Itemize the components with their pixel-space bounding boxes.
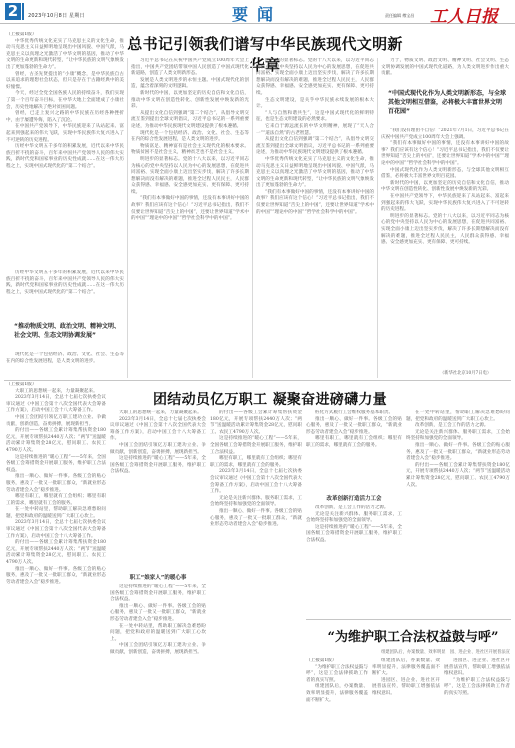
article2-headline[interactable]: 团结动员亿万职工 凝聚奋进磅礴力量 (140, 389, 400, 409)
paragraph: 现代化是一个包括经济、政治、文化、社会、生态等在内的综合性发展进程，是人类文明的… (6, 352, 124, 365)
paragraph: 新时代的中国，以更加坚定的历史自信和文化自信，推动中华文明在创造性转化、创新性发… (381, 181, 509, 194)
article1-column-1: （上接第1版） 中华优秀传统文化充实了马克思主义的文化生命，推动马克思主义日益鲜… (6, 32, 124, 268)
article1-column-1c: 现代化是一个包括经济、政治、文化、社会、生态等在内的综合性发展进程，是人类文明的… (6, 352, 124, 378)
paragraph: “我们没有理由不自信！”2021年7月1日，习近平总书记在庆祝中国共产党成立10… (381, 128, 509, 141)
continued-label: （上接第1版） (306, 658, 368, 665)
paragraph: 曾经，古圣先贤提出的“小康”概念，是中华民族自古以来追求的理想社会状态，但只是存… (6, 72, 124, 92)
paragraph: 推出一顺心、做好一件事。各级工会的贴心服务，惠及了一批又一批职工群众，“新就业形… (306, 417, 402, 437)
paragraph: 进园区、进企业、进社区开展普法宣传，帮助职工增强依法维权意识。 (372, 678, 440, 698)
paragraph: 的付出——各级工会累计筹集帮扶资金180亿元，开展专项帮扶2440万人次；“两节… (406, 463, 510, 489)
paragraph: 大职工的思想统一起来，力量凝聚起来。 (110, 410, 206, 417)
newspaper-logo: 工人日报 (430, 2, 498, 27)
article3-column-3: 进园区、进企业、进社区开展普法宣传，帮助职工增强依法维权意识。 “为维护职工合法… (444, 658, 510, 746)
continued-label: （上接第1版） (6, 382, 106, 389)
paragraph: 无论是关注新兴群体、服务职工需求，工会始终坚持和加强党的全面领导。 (306, 512, 402, 525)
paragraph: 改革创新，是工会工作的活力之源。 (406, 423, 510, 430)
article1-column-2: 习近平总书记在庆祝中国共产党成立100周年大会上指出，中国共产党团结带领中国人民… (131, 58, 249, 378)
paragraph: 中国工会团结引领亿万职工建功立业、争做贡献，创新创造，奋勇拼搏，展现新担当。 (110, 643, 206, 656)
paragraph: 这是持续推进的“暖心工程”——5年来，全国各级工会筹措资金开展职工服务，维护职工… (306, 525, 402, 545)
paragraph: 今天，经过全党全国各族人民的持续奋斗，我们实现了第一个百年奋斗目标，在中华大地上… (6, 91, 124, 111)
paragraph: 物质富足、精神富有是社会主义现代化的根本要求。物质贫困不是社会主义，精神贫乏也不… (131, 144, 249, 157)
paragraph: 推出一顺心、做好一件事。各级工会的贴心服务，惠及了一批又一批职工群众，“新就业形… (6, 567, 106, 587)
paragraph: 中国工会团结引领亿万职工建功立业、争做贡献，创新创造，奋勇拼搏，展现新担当。 (110, 443, 206, 456)
article1-column-4b: “我们没有理由不自信！”2021年7月1日，习近平总书记在庆祝中国共产党成立10… (381, 128, 509, 372)
paragraph: 改革创新，是工会工作的活力之源。 (306, 505, 402, 512)
paragraph: 明进步的显著标志。党的十八大以来，以习近平同志为核心的党中央坚持以人民为中心的发… (381, 214, 509, 247)
paragraph: 习近平总书记在庆祝中国共产党成立100周年大会上指出，中国共产党团结带领中国人民… (131, 58, 249, 78)
article2-column-5: 在一处中转站里，帮助职工解决急难愁盼问题，把党和政府的温暖送到广大职工心坎上。 … (406, 410, 510, 616)
paragraph: 组建团队后，办案数量、效率明显提升，法律服务覆盖面不断扩大。 (372, 658, 440, 678)
column-divider (252, 58, 253, 378)
paragraph: “为维护职工合法权益鼓与呼”，这是工会法律援助工作者的真实写照。 (444, 678, 510, 698)
paragraph: 推出一顺心、做好一件事。各级工会的贴心服务，惠及了一批又一批职工群众，“新就业形… (210, 509, 302, 529)
page-number: 2 (5, 3, 21, 20)
paragraph: 在一处中转站里，帮助职工解决急难愁盼问题，把党和政府的温暖送到广大职工心坎上。 (110, 624, 206, 644)
paragraph: 中国工会团结引领亿万职工建功立业、争做贡献，创新创造，奋勇拼搏，展现新担当。 (6, 415, 106, 428)
paragraph: 中华优秀传统文化充实了马克思主义的文化生命，推动马克思主义日益鲜明地呈现出中国风… (256, 157, 374, 190)
section-divider (306, 619, 511, 620)
article2-column-4a: 桩化方式履行工会维权服务基本职责。 推出一顺心、做好一件事。各级工会的贴心服务，… (306, 410, 402, 492)
column-divider (127, 58, 128, 378)
paragraph: 哪里有职工，哪里就有工会组织；哪里有职工的需求，哪里就有工会的服务。 (306, 436, 402, 449)
paragraph: 中国式现代化作为人类文明新形态，与全球其他文明相互借鉴，必将极大丰富世界文明百花… (381, 168, 509, 181)
article1-column-4a: 力于，物质文明、政治文明、精神文明、社会文明、生态文明协调发展的中国式现代化道路… (381, 58, 509, 88)
paragraph: 的付出——各级工会累计筹集帮扶资金180亿元，开展专项帮扶2440万人次；“两节… (6, 428, 106, 454)
section-divider (4, 380, 511, 381)
paragraph: “我们有本事做好中国的事情，还没有本事讲好中国的故事？我们应该有这个信心！”习近… (381, 141, 509, 167)
article1-column-3: 明进步的显著标志。党的十八大以来，以习近平同志为核心的党中央坚持以人民为中心的发… (256, 58, 374, 378)
paragraph: 无论是关注新兴群体、服务职工需求，工会始终坚持和加强党的全面领导。 (406, 430, 510, 443)
pull-quote-left: “推动物质文明、政治文明、精神文明、社会文明、生态文明协调发展” (14, 322, 122, 340)
continued-label: （上接第1版） (6, 32, 124, 39)
paragraph: 2023年3月14日，全总十七届七次执委会议审议通过《中国工会第十八次全国代表大… (210, 469, 302, 495)
paragraph: 2023年3月14日，全总十七届七次执委会议审议通过《中国工会第十八次全国代表大… (110, 417, 206, 443)
section-title: 要闻 (232, 2, 282, 25)
paragraph: 新时代的中国，以更加坚定的历史自信和文化自信，推动中华文明在创造性转化、创新性发… (131, 91, 249, 111)
paragraph: 现代化是一个包括经济、政治、文化、社会、生态等在内的综合性发展进程，是人类文明的… (131, 131, 249, 144)
article1-column-1b: 历经中华文明五千多年的积累发展，近代以来中华民族百折不挠的奋斗，百年来中国共产党… (6, 270, 124, 316)
paragraph: 无论是关注新兴群体、服务职工需求，工会始终坚持和加强党的全面领导。 (210, 496, 302, 509)
paragraph: “人与自然和谐共生”，这是中国式现代化的鲜明特征，也是生态文明建设的必然要求。 (256, 111, 374, 124)
pull-quote-right: “中国式现代化作为人类文明新形态，与全球其他文明相互借鉴，必将极大丰富世界文明百… (388, 89, 506, 116)
article2-column-2b: 这是持续推进的“暖心工程”——5年来，全国各级工会筹措资金开展职工服务，维护职工… (110, 584, 206, 746)
paragraph: 力于，物质文明、政治文明、精神文明、社会文明、生态文明协调发展的中国式现代化道路… (381, 58, 509, 78)
paragraph: 中华优秀传统文化充实了马克思主义的文化生命，推动马克思主义日益鲜明地呈现出中国风… (6, 39, 124, 72)
paragraph: 进园区、进企业、进社区开展普法宣传，帮助职工增强依法维权意识。 (444, 658, 510, 678)
paragraph: 历经中华文明五千多年的积累发展，近代以来中华民族百折不挠的奋斗，百年来中国共产党… (6, 270, 124, 296)
article1-byline: （新华社北京10月7日电） (440, 370, 491, 376)
paragraph: 哪里有职工，哪里就有工会组织；哪里有职工的需求，哪里就有工会的服务。 (6, 494, 106, 507)
paragraph: 推出一顺心、做好一件事。各级工会的贴心服务，惠及了一批又一批职工群众，“新就业形… (6, 474, 106, 494)
article2-column-2a: 大职工的思想统一起来，力量凝聚起来。 2023年3月14日，全总十七届七次执委会… (110, 410, 206, 570)
paragraph: 的付出——各级工会累计筹集帮扶资金180亿元，开展专项帮扶2440万人次；“两节… (210, 410, 302, 436)
paragraph: 推出一顺心、做好一件事。各级工会的贴心服务，惠及了一批又一批职工群众，“新就业形… (406, 443, 510, 463)
paragraph: 曾经，已走上复兴之路的中华民族在历经各种挫折中，由于屡遭外侮，陷入了沉沦。 (6, 111, 124, 124)
paragraph: “为维护职工合法权益鼓与呼”，这是工会法律援助工作者的真实写照。 (306, 665, 368, 685)
paragraph: 从提出文化自信到强调“第二个结合”，从倡导文明交流互鉴到提出全球文明倡议，习近平… (131, 111, 249, 131)
editors-credit: 责任编辑 傅宝昌 (385, 13, 414, 19)
paragraph: 历经中华文明五千多年的积累发展，近代以来中华民族百折不挠的奋斗，百年来中国共产党… (6, 144, 124, 170)
paragraph: 在一处中转站里，帮助职工解决急难愁盼问题，把党和政府的温暖送到广大职工心坎上。 (406, 410, 510, 423)
article3-subcaption: 组建团队后，办案数量、效率明显 园、进企业、进社区开展普法宣 (360, 649, 510, 655)
paragraph: “我们有本事做好中国的事情，还没有本事讲好中国的故事？我们应该有这个信心！”习近… (256, 190, 374, 216)
paragraph: “我们有本事做好中国的事情，还没有本事讲好中国的故事？我们应该有这个信心！”习近… (131, 196, 249, 222)
paragraph: 这是持续推进的“暖心工程”——5年来，全国各级工会筹措资金开展职工服务，维护职工… (110, 456, 206, 476)
paragraph: 在中国共产党领导下，中华民族迎来了从站起来、富起来到强起来的伟大飞跃，实现中华民… (381, 194, 509, 214)
paragraph: 明进步的显著标志。党的十八大以来，以习近平同志为核心的党中央坚持以人民为中心的发… (131, 157, 249, 197)
paragraph: 桩化方式履行工会维权服务基本职责。 (306, 410, 402, 417)
paragraph: 2023年3月14日，全总十七届七次执委会议审议通过《中国工会第十八次全国代表大… (6, 395, 106, 415)
paragraph: 发展是人类文明进步的永恒主题。中国式现代化的创造，蕴含着深刻的文明逻辑。 (131, 78, 249, 91)
paragraph: 它来自于源远流长的中华文明精神，展现了“天人合一”“道法自然”的古老智慧。 (256, 124, 374, 137)
paragraph: 在一处中转站里，帮助职工解决急难愁盼问题，把党和政府的温暖送到广大职工心坎上。 (6, 507, 106, 520)
paragraph: 这是持续推进的“暖心工程”——5年来，全国各级工会筹措资金开展职工服务，维护职工… (210, 436, 302, 456)
paragraph: 哪里有职工，哪里就有工会组织；哪里有职工的需求，哪里就有工会的服务。 (210, 456, 302, 469)
article2-column-3: 的付出——各级工会累计筹集帮扶资金180亿元，开展专项帮扶2440万人次；“两节… (210, 410, 302, 746)
paragraph: 从提出文化自信到强调“第二个结合”，从倡导文明交流互鉴到提出全球文明倡议，习近平… (256, 137, 374, 157)
paragraph: 组建团队后，办案数量、效率明显提升，法律服务覆盖面不断扩大。 (306, 684, 368, 704)
article2-column-1: （上接第1版） 大职工的思想统一起来，力量凝聚起来。 2023年3月14日，全总… (6, 382, 106, 746)
article3-headline[interactable]: “为维护职工合法权益鼓与呼” (318, 626, 508, 645)
paragraph: 2023年3月14日，全总十七届七次执委会议审议通过《中国工会第十八次全国代表大… (6, 520, 106, 540)
article2-subhead-1: 职工“娘家人”的暖心事 (110, 573, 206, 581)
paragraph: 明进步的显著标志。党的十八大以来，以习近平同志为核心的党中央坚持以人民为中心的发… (256, 58, 374, 98)
column-divider (377, 58, 378, 378)
paragraph: 生态文明建设，是关乎中华民族永续发展的根本大计。 (256, 98, 374, 111)
paragraph: 这是持续推进的“暖心工程”——5年来，全国各级工会筹措资金开展职工服务，维护职工… (110, 584, 206, 604)
issue-date: 2023年10月8日 星期日 (28, 12, 85, 19)
paragraph: 这是持续推进的“暖心工程”——5年来，全国各级工会筹措资金开展职工服务，维护职工… (6, 455, 106, 475)
article3-column-1: （上接第1版） “为维护职工合法权益鼓与呼”，这是工会法律援助工作者的真实写照。… (306, 658, 368, 746)
paragraph: 的付出——各级工会累计筹集帮扶资金180亿元，开展专项帮扶2440万人次；“两节… (6, 540, 106, 566)
article2-column-4b: 改革创新，是工会工作的活力之源。 无论是关注新兴群体、服务职工需求，工会始终坚持… (306, 505, 402, 617)
paragraph: 在中国共产党领导下，中华民族迎来了从站起来、富起来到强起来的伟大飞跃，实现中华民… (6, 124, 124, 144)
masthead: 2 2023年10月8日 星期日 要闻 责任编辑 傅宝昌 工人日报 (0, 0, 515, 24)
article3-column-2: 组建团队后，办案数量、效率明显提升，法律服务覆盖面不断扩大。 进园区、进企业、进… (372, 658, 440, 746)
article2-subhead-2: 改革创新打造活力工会 (306, 494, 402, 502)
paragraph: 推出一顺心、做好一件事。各级工会的贴心服务，惠及了一批又一批职工群众，“新就业形… (110, 604, 206, 624)
page-number-bar (22, 3, 24, 20)
